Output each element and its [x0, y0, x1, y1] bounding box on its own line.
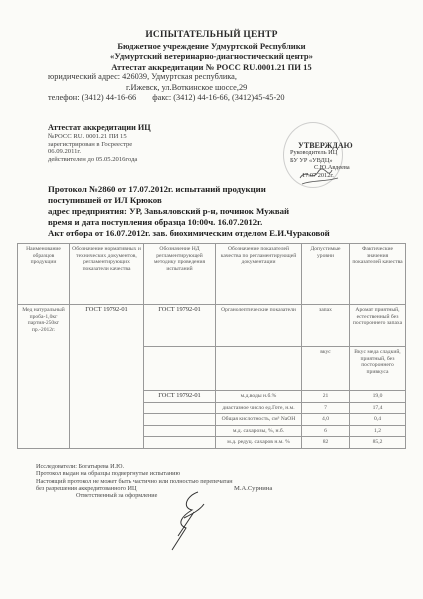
method-cell: ГОСТ 19792-01 [144, 391, 216, 403]
col-standard: Обозначение нормативных и технических до… [70, 244, 144, 305]
actual-cell: 19,0 [350, 391, 406, 403]
researcher: Исследователи: Богатырева И.Ю. [36, 463, 233, 470]
center-title: ИСПЫТАТЕЛЬНЫЙ ЦЕНТР [0, 30, 423, 41]
approver-name: С.Ю.Авдеева [290, 164, 353, 171]
indicator-cell: диастазное число ед.Готе, н.м. [216, 402, 302, 414]
method-cell [144, 437, 216, 449]
phone-fax-line: телефон: (3412) 44-16-66 факс: (3412) 44… [48, 93, 285, 104]
sample-standard: ГОСТ 19792-01 [70, 305, 144, 449]
allowed-cell: 6 [302, 425, 350, 437]
method-cell [144, 347, 216, 391]
phone: телефон: (3412) 44-16-66 [48, 93, 136, 102]
protocol-supplier: поступившей от ИЛ Крюков [48, 195, 330, 206]
indicator-cell: м.д.воды н.б.% [216, 391, 302, 403]
results-table: Наименование образцов продукции Обозначе… [17, 243, 406, 449]
table-header-row: Наименование образцов продукции Обозначе… [18, 244, 406, 305]
method-cell [144, 414, 216, 426]
validity-text: действителен до 05.05.2016года [48, 156, 151, 164]
contacts-block: юридический адрес: 426039, Удмуртская ре… [48, 72, 285, 104]
col-sample: Наименование образцов продукции [18, 244, 70, 305]
actual-cell: 0,4 [350, 414, 406, 426]
method-cell: ГОСТ 19792-01 [144, 305, 216, 347]
org-line-1: Бюджетное учреждение Удмуртской Республи… [0, 41, 423, 52]
allowed-cell: вкус [302, 347, 350, 391]
approval-block: УТВЕРЖДАЮ Руководитель ИЦ БУ УР «УВДЦ» С… [290, 142, 353, 179]
registration-text: зарегистрирован в Госреестре [48, 141, 151, 149]
note-2: Настоящий протокол не может быть частичн… [36, 478, 233, 485]
accreditation-number: Аттестат аккредитации № РОСС RU.0001.21 … [0, 62, 423, 73]
accreditation-block: Аттестат аккредитации ИЦ №РОСС RU. 0001.… [48, 124, 151, 164]
col-actual: Фактические значения показателей качеств… [350, 244, 406, 305]
responsible-name: М.А.Сурнина [234, 485, 272, 492]
indicator-cell: м.д. редуц. сахаров н.м. % [216, 437, 302, 449]
indicator-cell [216, 347, 302, 391]
receipt-time: время и дата поступления образца 10:00ч.… [48, 217, 330, 228]
col-method: Обозначение НД регламентирующей методику… [144, 244, 216, 305]
enterprise-address: адрес предприятия: УР, Завьяловский р-н,… [48, 206, 330, 217]
actual-cell: 85,2 [350, 437, 406, 449]
accreditation-heading: Аттестат аккредитации ИЦ [48, 124, 151, 132]
indicator-cell: Органолептические показатели [216, 305, 302, 347]
protocol-info: Протокол №2860 от 17.07.2012г. испытаний… [48, 184, 330, 239]
protocol-number: Протокол №2860 от 17.07.2012г. испытаний… [48, 184, 330, 195]
col-allowed: Допустимые уровни [302, 244, 350, 305]
note-1: Протокол выдан на образцы подвергнутые и… [36, 470, 233, 477]
approver-position-2: БУ УР «УВДЦ» [290, 157, 353, 164]
approval-date: 17.07 2012г. [290, 172, 353, 179]
table-row: Мед натуральный проба-1,0кг партия-250кг… [18, 305, 406, 347]
actual-cell: Вкус меда сладкий, приятный, без посторо… [350, 347, 406, 391]
allowed-cell: 4,0 [302, 414, 350, 426]
fax: факс: (3412) 44-16-66, (3412)45-45-20 [152, 93, 284, 102]
actual-cell: 17,4 [350, 402, 406, 414]
method-cell [144, 402, 216, 414]
approval-heading: УТВЕРЖДАЮ [298, 142, 353, 149]
sampling-act: Акт отбора от 16.07.2012г. зав. биохимич… [48, 228, 330, 239]
indicator-cell: м.д. сахарозы, %, н.б. [216, 425, 302, 437]
document-header: ИСПЫТАТЕЛЬНЫЙ ЦЕНТР Бюджетное учреждение… [0, 30, 423, 72]
sample-name: Мед натуральный проба-1,0кг партия-250кг… [18, 305, 70, 449]
approver-position-1: Руководитель ИЦ [290, 149, 353, 156]
actual-cell: 1,2 [350, 425, 406, 437]
allowed-cell: 82 [302, 437, 350, 449]
allowed-cell: 21 [302, 391, 350, 403]
indicator-cell: Общая кислотность, см³ NaOH [216, 414, 302, 426]
org-line-2: «Удмуртский ветеринарно-диагностический … [0, 51, 423, 62]
method-cell [144, 425, 216, 437]
actual-cell: Аромат приятный, естественный без постор… [350, 305, 406, 347]
allowed-cell: 7 [302, 402, 350, 414]
address-line-1: юридический адрес: 426039, Удмуртская ре… [48, 72, 285, 83]
accreditation-id: №РОСС RU. 0001.21 ПИ 15 [48, 133, 151, 141]
col-indicator: Обозначение показателей качества по регл… [216, 244, 302, 305]
responsible-signature-icon [168, 488, 208, 552]
allowed-cell: запах [302, 305, 350, 347]
address-line-2: г.Ижевск, ул.Воткинское шоссе,29 [48, 83, 285, 94]
registration-date: 06.09.2011г. [48, 148, 151, 156]
